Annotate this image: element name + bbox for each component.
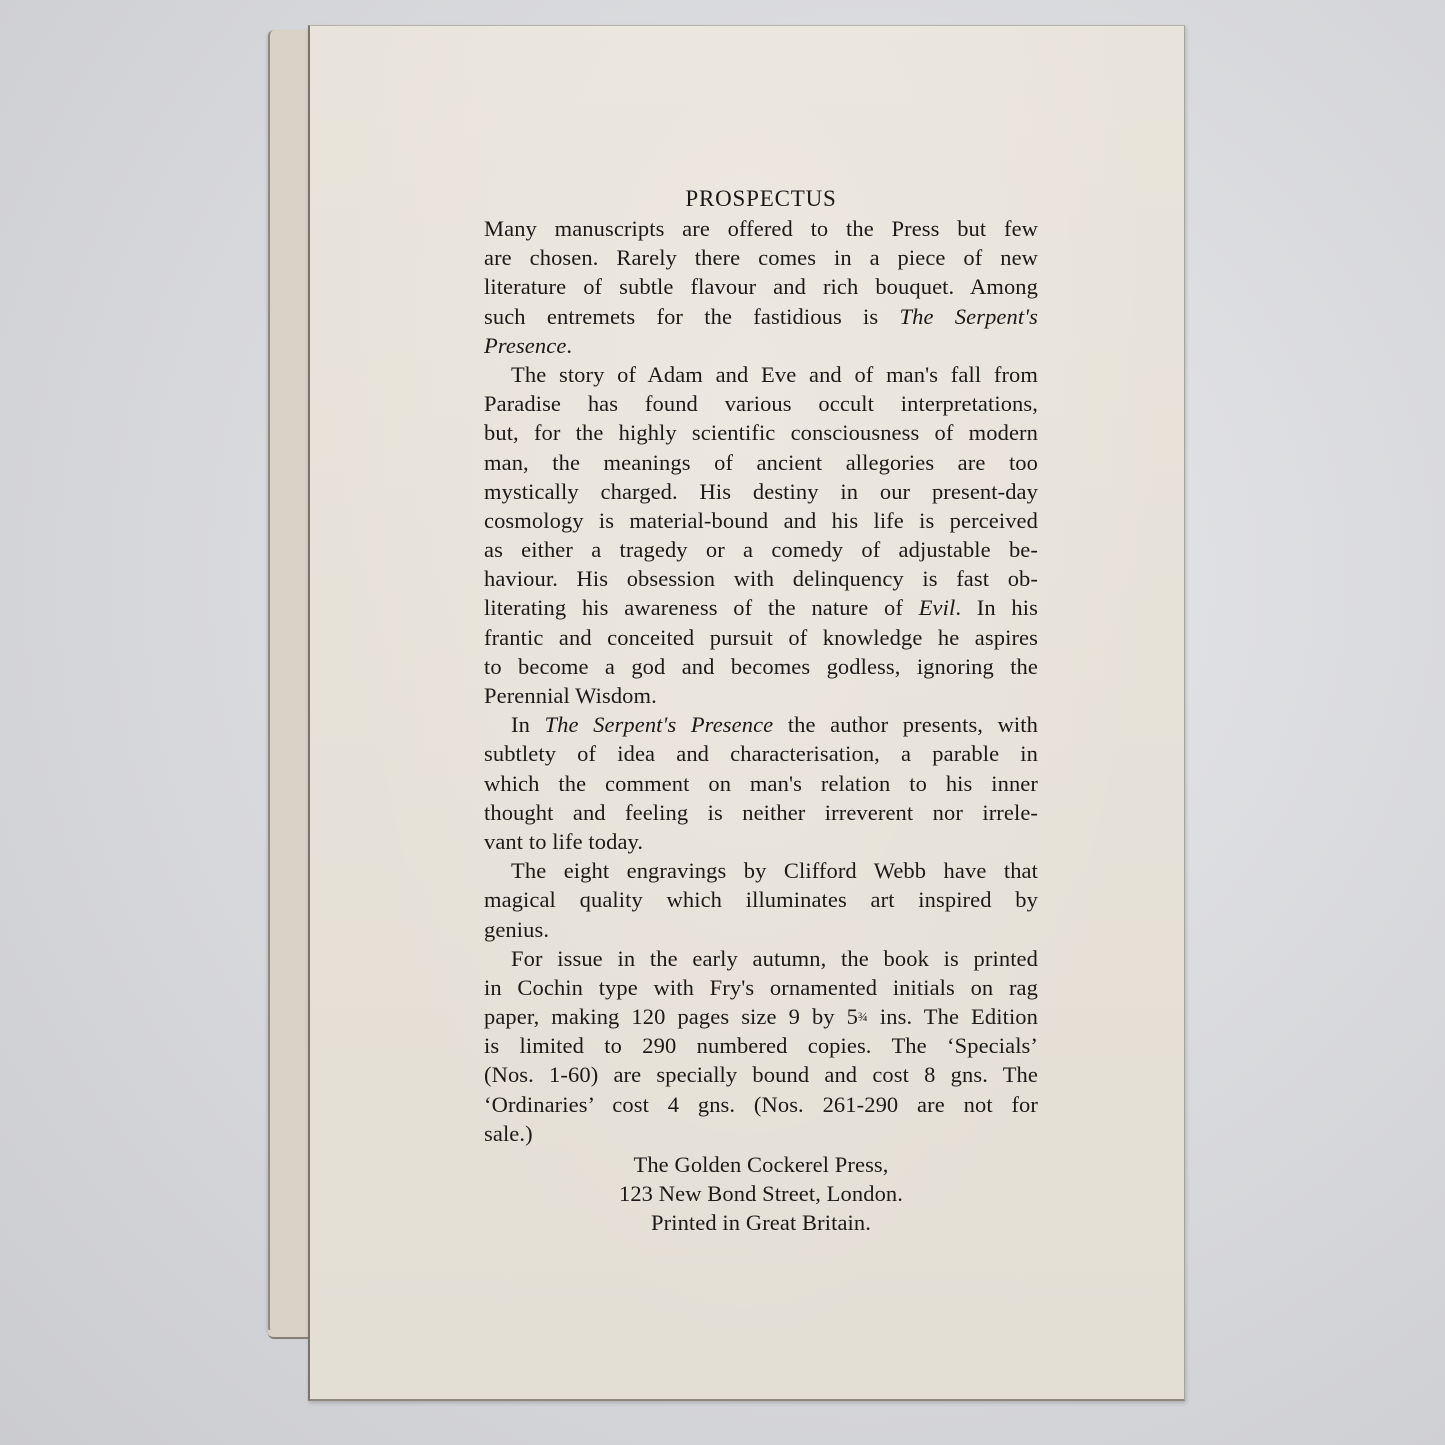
text-line: subtlety of idea and characterisation, a… [484,739,1038,768]
publisher-imprint: The Golden Cockerel Press, 123 New Bond … [484,1150,1038,1238]
fraction-three-quarters: ¾ [858,1009,868,1024]
text-line: The eight engravings by Clifford Webb ha… [484,856,1038,885]
text-run: . [566,333,572,358]
paragraph-2: The story of Adam and Eve and of man's f… [484,360,1038,710]
text-line: haviour. His obsession with delinquency … [484,564,1038,593]
publisher-name: The Golden Cockerel Press, [484,1150,1038,1179]
text-line: ‘Ordinaries’ cost 4 gns. (Nos. 261-290 a… [484,1090,1038,1119]
text-line: which the comment on man's relation to h… [484,769,1038,798]
text-line: magical quality which illuminates art in… [484,885,1038,914]
text-run: paper, making 120 pages size 9 by 5 [484,1004,858,1029]
book-title-italic: The Serpent's [900,304,1039,329]
text-line: (Nos. 1-60) are specially bound and cost… [484,1060,1038,1089]
text-line: sale.) [484,1119,1038,1148]
text-line: in Cochin type with Fry's ornamented ini… [484,973,1038,1002]
text-run: ins. The Edition [868,1004,1038,1029]
text-line: such entremets for the fastidious is The… [484,302,1038,331]
text-line: vant to life today. [484,827,1038,856]
text-line: are chosen. Rarely there comes in a piec… [484,243,1038,272]
text-line: Many manuscripts are offered to the Pres… [484,214,1038,243]
text-run: such entremets for the fastidious is [484,304,878,329]
text-run: In [511,712,530,737]
paragraph-4: The eight engravings by Clifford Webb ha… [484,856,1038,944]
text-line: to become a god and becomes godless, ign… [484,652,1038,681]
italic-word: Evil [919,595,956,620]
text-run: literating his awareness of the nature o… [484,595,903,620]
prospectus-text: PROSPECTUS Many manuscripts are offered … [484,183,1038,1238]
text-line: literature of subtle flavour and rich bo… [484,272,1038,301]
text-line: The story of Adam and Eve and of man's f… [484,360,1038,389]
printed-in-note: Printed in Great Britain. [484,1208,1038,1237]
document-title: PROSPECTUS [484,183,1038,214]
text-line: genius. [484,915,1038,944]
book-title-italic: Presence [484,333,566,358]
publisher-address: 123 New Bond Street, London. [484,1179,1038,1208]
text-line: Presence. [484,331,1038,360]
paragraph-1: Many manuscripts are offered to the Pres… [484,214,1038,360]
text-line: thought and feeling is neither irreveren… [484,798,1038,827]
text-line: is limited to 290 numbered copies. The ‘… [484,1031,1038,1060]
text-line: as either a tragedy or a comedy of adjus… [484,535,1038,564]
text-line: but, for the highly scientific conscious… [484,418,1038,447]
text-line: paper, making 120 pages size 9 by 5¾ ins… [484,1002,1038,1031]
text-line: frantic and conceited pursuit of knowled… [484,623,1038,652]
text-line: literating his awareness of the nature o… [484,593,1038,622]
book-title-italic: The Serpent's Presence [545,712,774,737]
text-line: Paradise has found various occult interp… [484,389,1038,418]
text-line: For issue in the early autumn, the book … [484,944,1038,973]
text-run: . In his [955,595,1038,620]
text-line: Perennial Wisdom. [484,681,1038,710]
text-line: cosmology is material-bound and his life… [484,506,1038,535]
text-run: the author presents, with [788,712,1038,737]
text-line: man, the meanings of ancient allegories … [484,448,1038,477]
paragraph-3: In The Serpent's Presence the author pre… [484,710,1038,856]
paragraph-5: For issue in the early autumn, the book … [484,944,1038,1148]
text-line: In The Serpent's Presence the author pre… [484,710,1038,739]
text-line: mystically charged. His destiny in our p… [484,477,1038,506]
underlying-sheet-lip [268,1330,310,1339]
